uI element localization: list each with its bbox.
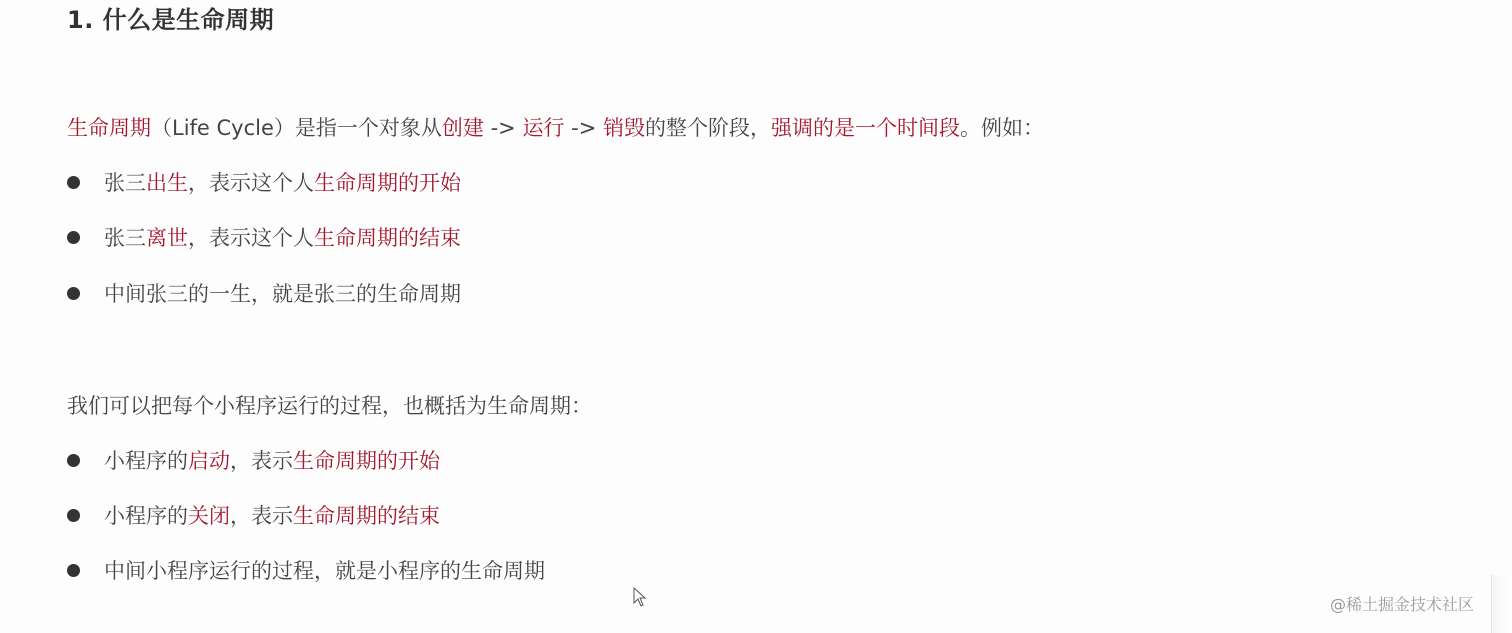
bullet-icon	[67, 176, 80, 189]
text-run: 强调的是一个时间段	[771, 116, 960, 140]
text-run: 张三	[104, 226, 146, 250]
text-run: 生命周期的结束	[293, 504, 440, 528]
list-item: 中间张三的一生，就是张三的生命周期	[67, 279, 461, 309]
text-run: 张三	[104, 171, 146, 195]
text-run: 运行	[522, 116, 564, 140]
list-item: 张三离世，表示这个人生命周期的结束	[67, 223, 461, 253]
text-run: 创建	[442, 116, 484, 140]
text-run: 的整个阶段，	[645, 116, 771, 140]
text-run: 生命周期	[67, 116, 151, 140]
list-item: 小程序的关闭，表示生命周期的结束	[67, 501, 440, 531]
list-item: 中间小程序运行的过程，就是小程序的生命周期	[67, 556, 545, 586]
text-run: 中间小程序运行的过程，就是小程序的生命周期	[104, 559, 545, 583]
list-item: 小程序的启动，表示生命周期的开始	[67, 446, 440, 476]
bullet-icon	[67, 287, 80, 300]
bullet-icon	[67, 564, 80, 577]
text-run: ->	[484, 116, 523, 140]
text-run: 小程序的	[104, 504, 188, 528]
text-run: 生命周期的结束	[314, 226, 461, 250]
bullet-icon	[67, 454, 80, 467]
text-run: 出生	[146, 171, 188, 195]
text-run: 中间张三的一生，就是张三的生命周期	[104, 282, 461, 306]
text-run: 启动	[188, 449, 230, 473]
bullet-icon	[67, 231, 80, 244]
text-run: ，表示这个人	[188, 171, 314, 195]
text-run: 生命周期的开始	[314, 171, 461, 195]
text-run: ，表示	[230, 504, 293, 528]
text-run: ->	[564, 116, 603, 140]
bullet-icon	[67, 509, 80, 522]
page-curl-decoration	[1491, 575, 1512, 633]
list-item: 张三出生，表示这个人生命周期的开始	[67, 168, 461, 198]
text-run: ，表示	[230, 449, 293, 473]
text-run: ，表示这个人	[188, 226, 314, 250]
text-run: 小程序的	[104, 449, 188, 473]
mouse-cursor-icon	[633, 587, 647, 607]
text-run: （Life Cycle）是指一个对象从	[151, 116, 442, 140]
text-run: 关闭	[188, 504, 230, 528]
paragraph: 我们可以把每个小程序运行的过程，也概括为生命周期：	[67, 391, 592, 421]
intro-paragraph: 生命周期（Life Cycle）是指一个对象从创建 -> 运行 -> 销毁的整个…	[67, 113, 1044, 143]
section-title: 1. 什么是生命周期	[67, 2, 274, 38]
text-run: 离世	[146, 226, 188, 250]
text-run: 销毁	[603, 116, 645, 140]
text-run: 。例如：	[960, 116, 1044, 140]
text-run: 生命周期的开始	[293, 449, 440, 473]
watermark: @稀土掘金技术社区	[1330, 592, 1474, 615]
